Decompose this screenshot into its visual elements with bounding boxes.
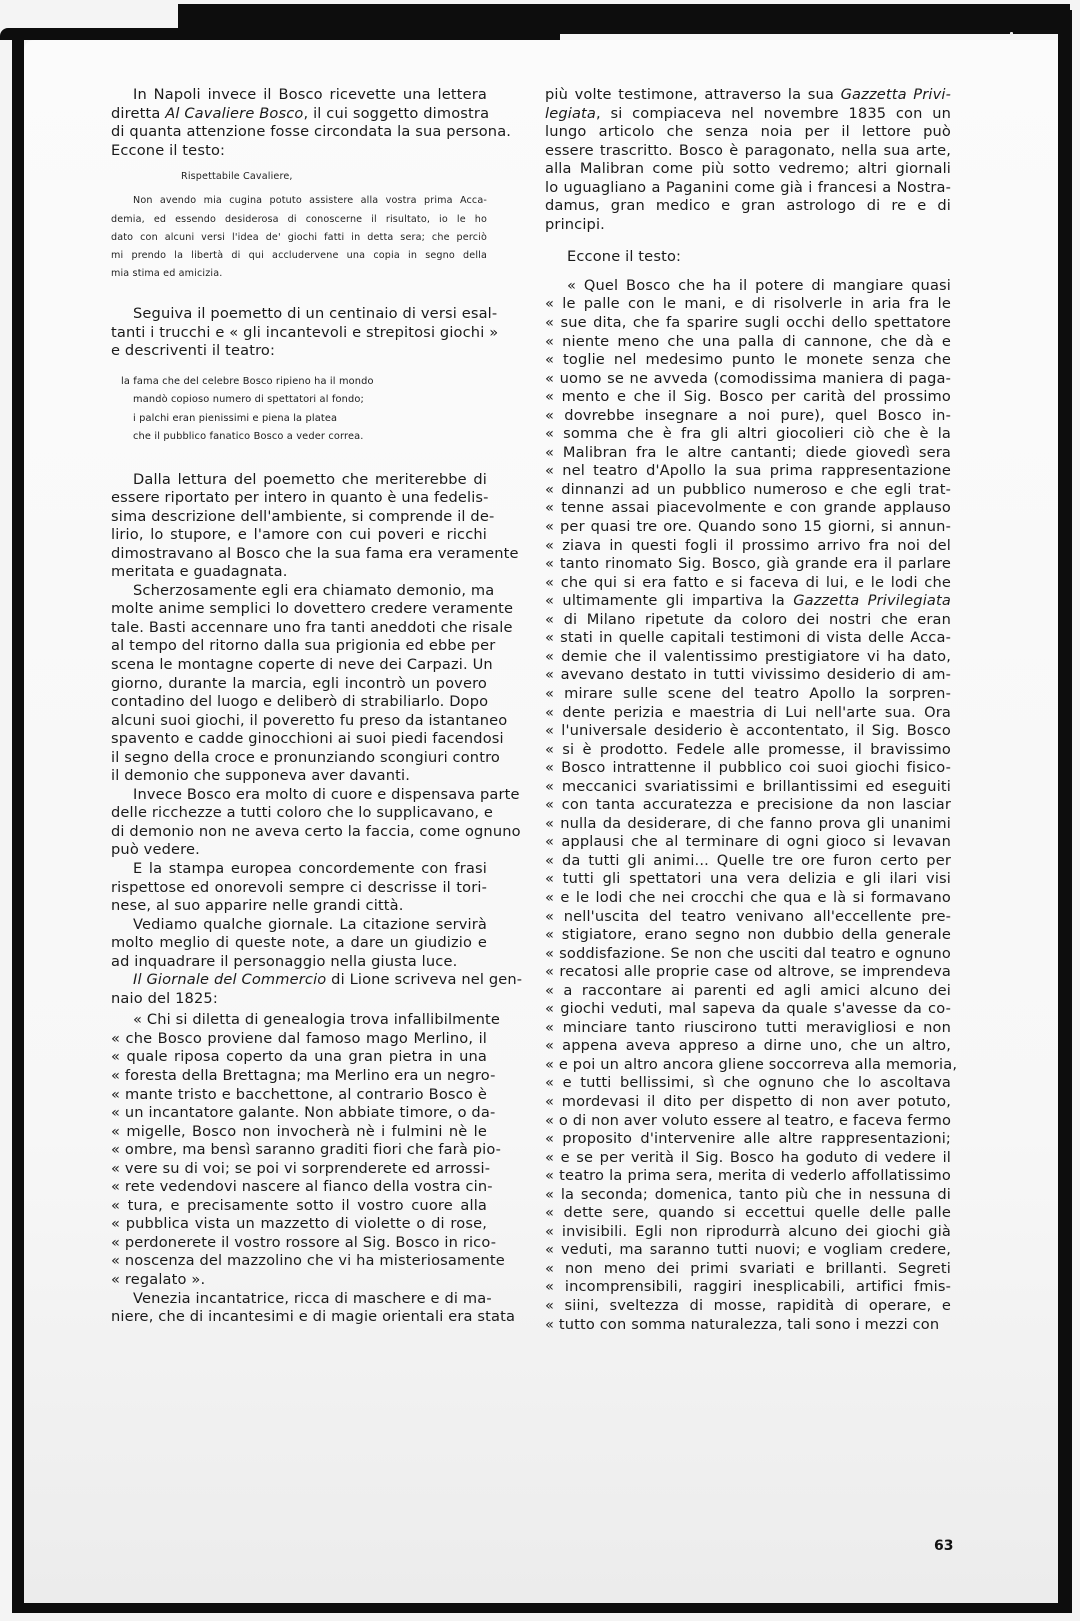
page-number: 63 xyxy=(934,1538,953,1554)
text-line: Non avendo mia cugina potuto assistere a… xyxy=(111,192,487,210)
text-line: « vere su di voi; se poi vi sorprenderet… xyxy=(111,1160,487,1179)
text-line: « avevano destato in tutti vivissimo des… xyxy=(545,666,951,685)
text-line: di demonio non ne aveva certo la faccia,… xyxy=(111,823,487,842)
text-line: « minciare tanto riuscirono tutti meravi… xyxy=(545,1019,951,1038)
newspaper-quote-lyon: « Chi si diletta di genealogia trova inf… xyxy=(111,1011,487,1289)
text-line: « mento e che il Sig. Bosco per carità d… xyxy=(545,388,951,407)
text-line: scena le montagne coperte di neve dei Ca… xyxy=(111,656,487,675)
text-line: « tenne assai piacevolmente e con grande… xyxy=(545,499,951,518)
paragraph: Eccone il testo: xyxy=(545,248,951,267)
text-line: spavento e cadde ginocchioni ai suoi pie… xyxy=(111,730,487,749)
text-line: lungo articolo che senza noia per il let… xyxy=(545,123,951,142)
text-line: E la stampa europea concordemente con fr… xyxy=(111,860,487,879)
text-line: legiata, si compiaceva nel novembre 1835… xyxy=(545,105,951,124)
text-line: « perdonerete il vostro rossore al Sig. … xyxy=(111,1234,487,1253)
scan-frame-left xyxy=(12,34,24,1611)
text-line: « siini, sveltezza di mosse, rapidità di… xyxy=(545,1297,951,1316)
text-line: « mirare sulle scene del teatro Apollo l… xyxy=(545,685,951,704)
text-line: « l'universale desiderio è accontentato,… xyxy=(545,722,951,741)
quoted-letter: Rispettabile Cavaliere, Non avendo mia c… xyxy=(111,168,487,283)
paragraph: Dalla lettura del poemetto che meritereb… xyxy=(111,471,487,582)
text-line: demia, ed essendo desiderosa di conoscer… xyxy=(111,211,487,229)
text-line: « Quel Bosco che ha il potere di mangiar… xyxy=(545,277,951,296)
text-line: ad inquadrare il personaggio nella giust… xyxy=(111,953,487,972)
text-line: contadino del luogo e deliberò di strabi… xyxy=(111,693,487,712)
paragraph: Invece Bosco era molto di cuore e dispen… xyxy=(111,786,487,860)
text-line: « dinnanzi ad un pubblico numeroso e che… xyxy=(545,481,951,500)
paragraph: Scherzosamente egli era chiamato demonio… xyxy=(111,582,487,786)
text-line: « Bosco intrattenne il pubblico coi suoi… xyxy=(545,759,951,778)
text-line: di quanta attenzione fosse circondata la… xyxy=(111,123,487,142)
text-line: « per quasi tre ore. Quando sono 15 gior… xyxy=(545,518,951,537)
text-line: « le palle con le mani, e di risolverle … xyxy=(545,295,951,314)
text-line: « a raccontare ai parenti ed agli amici … xyxy=(545,982,951,1001)
text-line: « pubblica vista un mazzetto di violette… xyxy=(111,1215,487,1234)
text-line: « tutto con somma naturalezza, tali sono… xyxy=(545,1316,951,1335)
text-line: giorno, durante la marcia, egli incontrò… xyxy=(111,675,487,694)
text-line: « meccanici svariatissimi e brillantissi… xyxy=(545,778,951,797)
text-line: « recatosi alle proprie case od altrove,… xyxy=(545,963,951,982)
text-line: Eccone il testo: xyxy=(111,142,487,161)
text-line: può vedere. xyxy=(111,841,487,860)
text-line: mandò copioso numero di spettatori al fo… xyxy=(121,391,487,409)
text-line: « tanto rinomato Sig. Bosco, già grande … xyxy=(545,555,951,574)
text-line: lirio, lo stupore, e l'amore con cui pov… xyxy=(111,526,487,545)
paragraph: Il Giornale del Commercio di Lione scriv… xyxy=(111,971,487,1008)
text-line: « o di non aver voluto essere al teatro,… xyxy=(545,1112,951,1131)
scan-frame-top-left xyxy=(0,28,560,40)
text-line: « niente meno che una palla di cannone, … xyxy=(545,333,951,352)
text-line: « regalato ». xyxy=(111,1271,487,1290)
text-line: « dovrebbe insegnare a noi pure), quel B… xyxy=(545,407,951,426)
scan-frame-bottom xyxy=(12,1603,1072,1613)
text-line: il segno della croce e pronunziando scon… xyxy=(111,749,487,768)
text-line: Venezia incantatrice, ricca di maschere … xyxy=(111,1290,487,1309)
right-column: più volte testimone, attraverso la sua G… xyxy=(545,86,951,1334)
text-line: « e le lodi che nei crocchi che qua e là… xyxy=(545,889,951,908)
text-line: diretta Al Cavaliere Bosco, il cui sogge… xyxy=(111,105,487,124)
text-line: essere trascritto. Bosco è paragonato, n… xyxy=(545,142,951,161)
text-line: meritata e guadagnata. xyxy=(111,563,487,582)
text-line: niere, che di incantesimi e di magie ori… xyxy=(111,1308,487,1327)
text-line: « demie che il valentissimo prestigiator… xyxy=(545,648,951,667)
text-line: rispettose ed onorevoli sempre ci descri… xyxy=(111,879,487,898)
text-line: « dente perizia e maestria di Lui nell'a… xyxy=(545,704,951,723)
scan-speck xyxy=(1010,32,1013,36)
text-line: Dalla lettura del poemetto che meritereb… xyxy=(111,471,487,490)
paragraph: Venezia incantatrice, ricca di maschere … xyxy=(111,1290,487,1327)
text-line: « mordevasi il dito per dispetto di non … xyxy=(545,1093,951,1112)
text-line: « tura, e precisamente sotto il vostro c… xyxy=(111,1197,487,1216)
text-line: tale. Basti accennare uno fra tanti aned… xyxy=(111,619,487,638)
paragraph: Vediamo qualche giornale. La citazione s… xyxy=(111,916,487,972)
text-line: « stigiatore, erano segno non dubbio del… xyxy=(545,926,951,945)
text-line: « e poi un altro ancora gliene soccorrev… xyxy=(545,1056,951,1075)
text-line: « somma che è fra gli altri giocolieri c… xyxy=(545,425,951,444)
paragraph: E la stampa europea concordemente con fr… xyxy=(111,860,487,916)
paragraph: In Napoli invece il Bosco ricevette una … xyxy=(111,86,487,160)
text-line: « incomprensibili, raggiri inesplicabili… xyxy=(545,1278,951,1297)
paragraph: più volte testimone, attraverso la sua G… xyxy=(545,86,951,234)
text-line: « nell'uscita del teatro venivano all'ec… xyxy=(545,908,951,927)
text-line: nese, al suo apparire nelle grandi città… xyxy=(111,897,487,916)
letter-body: Non avendo mia cugina potuto assistere a… xyxy=(111,192,487,283)
text-line: Vediamo qualche giornale. La citazione s… xyxy=(111,916,487,935)
text-line: « con tanta accuratezza e precisione da … xyxy=(545,796,951,815)
text-line: mia stima ed amicizia. xyxy=(111,265,487,283)
text-line: « giochi veduti, mal sapeva da quale s'a… xyxy=(545,1000,951,1019)
text-line: naio del 1825: xyxy=(111,990,487,1009)
text-line: « toglie nel medesimo punto le monete se… xyxy=(545,351,951,370)
text-line: alla Malibran come più sotto vedremo; al… xyxy=(545,160,951,179)
left-column: In Napoli invece il Bosco ricevette una … xyxy=(111,86,487,1327)
text-line: e descriventi il teatro: xyxy=(111,342,487,361)
text-line: « stati in quelle capitali testimoni di … xyxy=(545,629,951,648)
text-line: « foresta della Brettagna; ma Merlino er… xyxy=(111,1067,487,1086)
text-line: « da tutti gli animi... Quelle tre ore f… xyxy=(545,852,951,871)
text-line: lo uguagliano a Paganini come già i fran… xyxy=(545,179,951,198)
text-line: « che qui si era fatto e si faceva di lu… xyxy=(545,574,951,593)
text-line: « si è prodotto. Fedele alle promesse, i… xyxy=(545,741,951,760)
text-line: « mante tristo e bacchettone, al contrar… xyxy=(111,1086,487,1105)
text-line: In Napoli invece il Bosco ricevette una … xyxy=(111,86,487,105)
text-line: « nel teatro d'Apollo la sua prima rappr… xyxy=(545,462,951,481)
text-line: principi. xyxy=(545,216,951,235)
text-line: « proposito d'intervenire alle altre rap… xyxy=(545,1130,951,1149)
text-line: Invece Bosco era molto di cuore e dispen… xyxy=(111,786,487,805)
text-line: « nulla da desiderare, di che fanno prov… xyxy=(545,815,951,834)
text-line: « Malibran fra le altre cantanti; diede … xyxy=(545,444,951,463)
text-line: « teatro la prima sera, merita di vederl… xyxy=(545,1167,951,1186)
text-line: « di Milano ripetute da coloro dei nostr… xyxy=(545,611,951,630)
text-line: « non meno dei primi svariati e brillant… xyxy=(545,1260,951,1279)
text-line: « invisibili. Egli non riprodurrà alcuno… xyxy=(545,1223,951,1242)
text-line: essere riportato per intero in quanto è … xyxy=(111,489,487,508)
text-line: molte anime semplici lo dovettero creder… xyxy=(111,600,487,619)
text-line: Seguiva il poemetto di un centinaio di v… xyxy=(111,305,487,324)
text-line: alcuni suoi giochi, il poveretto fu pres… xyxy=(111,712,487,731)
scan-frame-right xyxy=(1058,10,1072,1612)
text-line: « applausi che al terminare di ogni gioc… xyxy=(545,833,951,852)
text-line: Il Giornale del Commercio di Lione scriv… xyxy=(111,971,487,990)
text-line: mi prendo la libertà di qui accludervene… xyxy=(111,247,487,265)
text-line: « Chi si diletta di genealogia trova inf… xyxy=(111,1011,487,1030)
letter-salutation: Rispettabile Cavaliere, xyxy=(111,168,487,186)
paragraph: Seguiva il poemetto di un centinaio di v… xyxy=(111,305,487,361)
text-line: il demonio che supponeva aver davanti. xyxy=(111,767,487,786)
text-line: « noscenza del mazzolino che vi ha miste… xyxy=(111,1252,487,1271)
text-line: damus, gran medico e gran astrologo di r… xyxy=(545,197,951,216)
text-line: « quale riposa coperto da una gran pietr… xyxy=(111,1048,487,1067)
text-line: che il pubblico fanatico Bosco a veder c… xyxy=(121,428,487,446)
text-line: « veduti, ma saranno tutti nuovi; e vogl… xyxy=(545,1241,951,1260)
text-line: « dette sere, quando si eccettui quelle … xyxy=(545,1204,951,1223)
text-line: « migelle, Bosco non invocherà nè i fulm… xyxy=(111,1123,487,1142)
text-line: « rete vedendovi nascere al fianco della… xyxy=(111,1178,487,1197)
text-line: « e tutti bellissimi, sì che ognuno che … xyxy=(545,1074,951,1093)
text-line: dimostravano al Bosco che la sua fama er… xyxy=(111,545,487,564)
text-line: molto meglio di queste note, a dare un g… xyxy=(111,934,487,953)
text-line: sima descrizione dell'ambiente, si compr… xyxy=(111,508,487,527)
text-line: tanti i trucchi e « gli incantevoli e st… xyxy=(111,324,487,343)
text-line: « e se per verità il Sig. Bosco ha godut… xyxy=(545,1149,951,1168)
text-line: più volte testimone, attraverso la sua G… xyxy=(545,86,951,105)
text-line: Scherzosamente egli era chiamato demonio… xyxy=(111,582,487,601)
text-line: Eccone il testo: xyxy=(545,248,951,267)
text-line: « la seconda; domenica, tanto più che in… xyxy=(545,1186,951,1205)
text-line: al tempo del ritorno dalla sua prigionia… xyxy=(111,637,487,656)
text-line: « tutti gli spettatori una vera delizia … xyxy=(545,870,951,889)
text-line: « appena aveva appreso a dirne uno, che … xyxy=(545,1037,951,1056)
text-line: delle ricchezze a tutti coloro che lo su… xyxy=(111,804,487,823)
text-line: « ultimamente gli impartiva la Gazzetta … xyxy=(545,592,951,611)
text-line: dato con alcuni versi l'idea de' giochi … xyxy=(111,229,487,247)
text-line: « che Bosco proviene dal famoso mago Mer… xyxy=(111,1030,487,1049)
text-line: i palchi eran pienissimi e piena la plat… xyxy=(121,410,487,428)
text-line: « ziava in questi fogli il prossimo arri… xyxy=(545,537,951,556)
text-line: « soddisfazione. Se non che usciti dal t… xyxy=(545,945,951,964)
text-line: « uomo se ne avveda (comodissima maniera… xyxy=(545,370,951,389)
text-line: la fama che del celebre Bosco ripieno ha… xyxy=(121,373,487,391)
text-line: « sue dita, che fa sparire sugli occhi d… xyxy=(545,314,951,333)
text-line: « ombre, ma bensì saranno graditi fiori … xyxy=(111,1141,487,1160)
poem-excerpt: la fama che del celebre Bosco ripieno ha… xyxy=(111,373,487,447)
text-line: « un incantatore galante. Non abbiate ti… xyxy=(111,1104,487,1123)
newspaper-quote-venice: « Quel Bosco che ha il potere di mangiar… xyxy=(545,277,951,1334)
